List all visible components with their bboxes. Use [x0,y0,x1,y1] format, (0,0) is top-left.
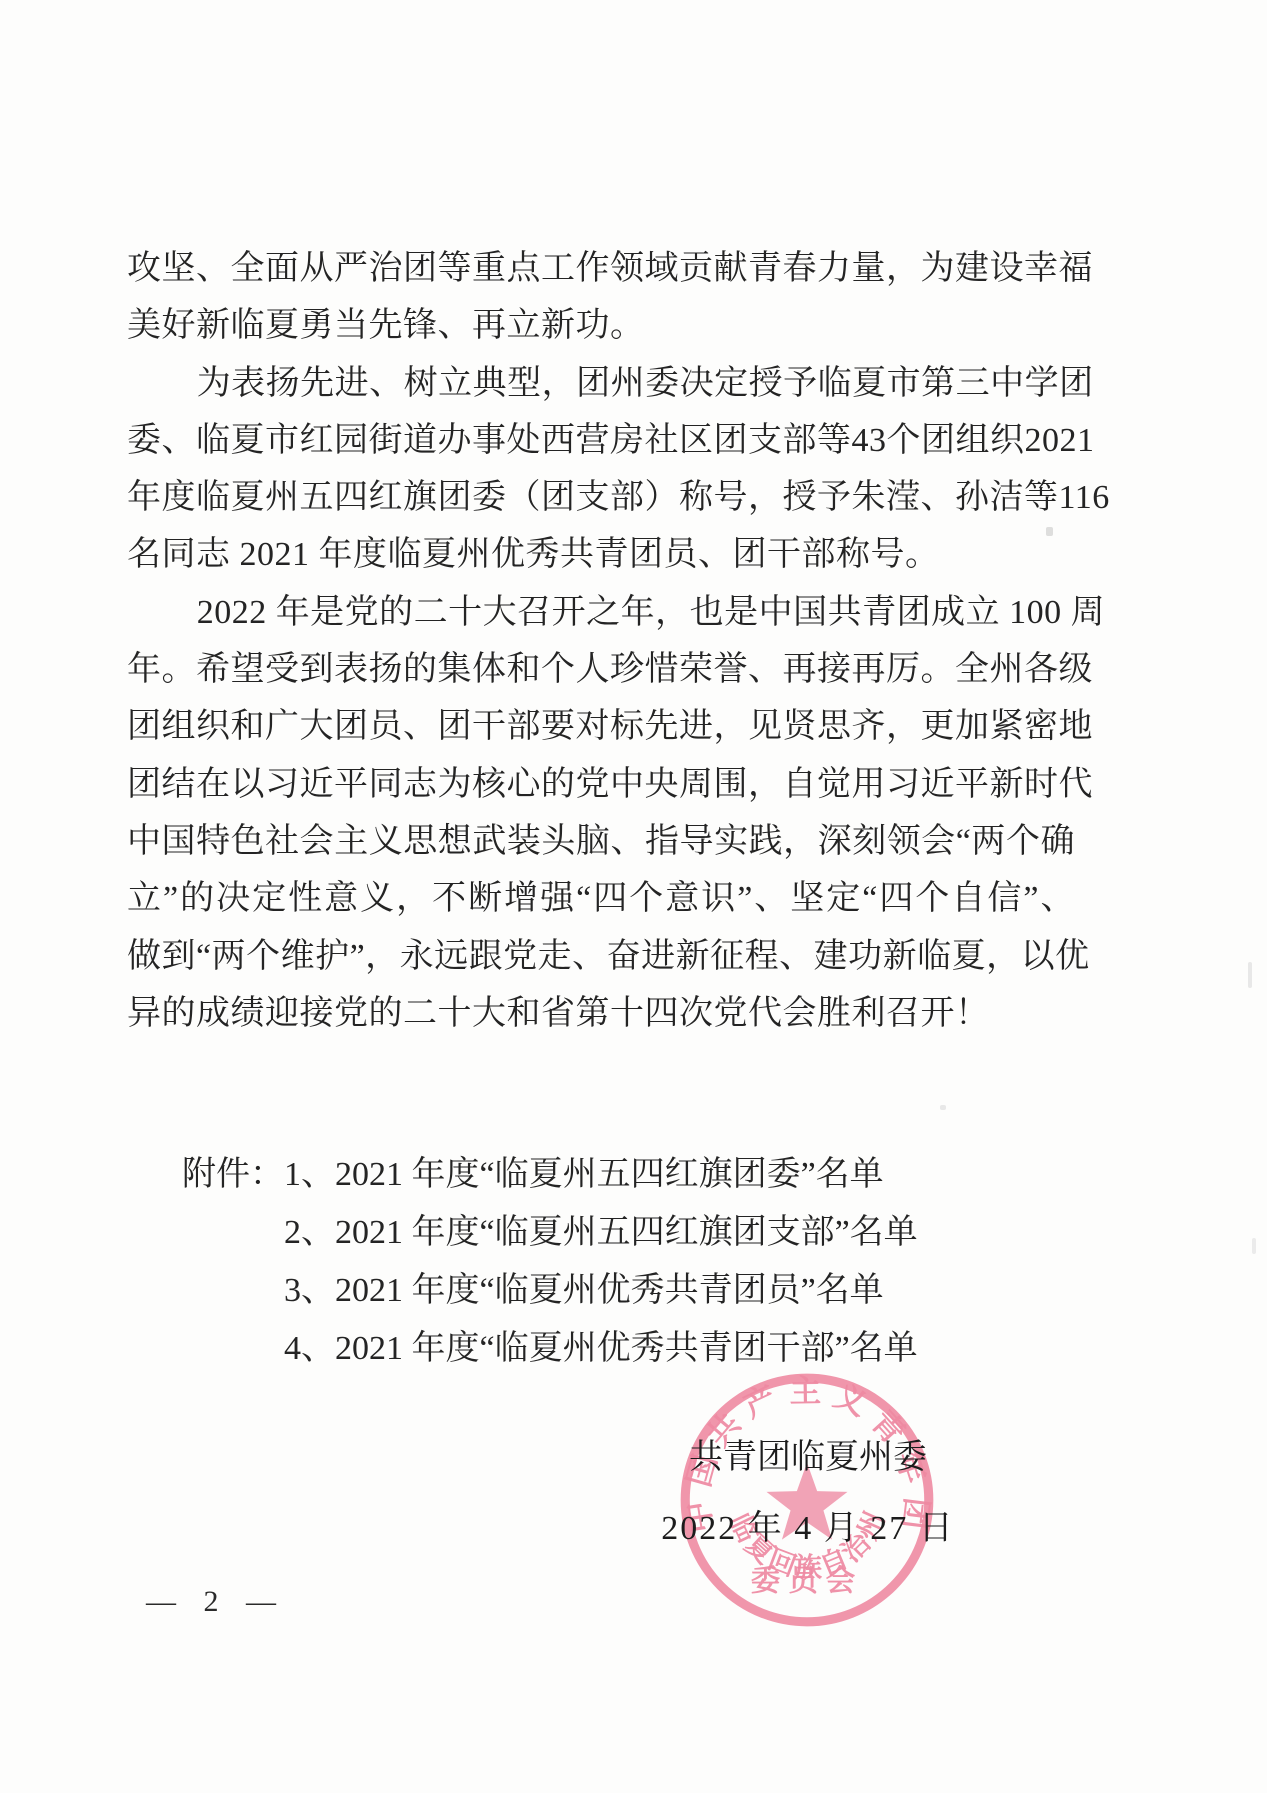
scan-artifact [1046,527,1053,536]
document-page: 攻坚、全面从严治团等重点工作领域贡献青春力量，为建设幸福 美好新临夏勇当先锋、再… [0,0,1267,1793]
signature-block: 共青团临夏州委 2022 年 4 月 27 日 [636,1438,980,1549]
body-line: 团结在以习近平同志为核心的党中央周围，自觉用习近平新时代 [127,756,1075,813]
scan-artifact [940,1105,946,1110]
attachments-label: 附件： [182,1146,284,1204]
body-line: 为表扬先进、树立典型，团州委决定授予临夏市第三中学团 [127,355,1075,412]
body-line: 2022 年是党的二十大召开之年，也是中国共青团成立 100 周 [127,584,1075,641]
body-line: 立”的决定性意义，不断增强“四个意识”、坚定“四个自信”、 [127,870,1075,927]
seal-committee-text: 委员会 [751,1564,864,1597]
scan-artifact [1252,1238,1256,1254]
attachment-item: 2、2021 年度“临夏州五四红旗团支部”名单 [284,1204,918,1262]
body-line: 美好新临夏勇当先锋、再立新功。 [127,297,1075,354]
body-line: 做到“两个维护”，永远跟党走、奋进新征程、建功新临夏，以优 [127,928,1075,985]
signature-date: 2022 年 4 月 27 日 [636,1509,980,1549]
attachment-item: 1、2021 年度“临夏州五四红旗团委”名单 [284,1146,918,1204]
body-line: 中国特色社会主义思想武装头脑、指导实践，深刻领会“两个确 [127,813,1075,870]
body-line: 攻坚、全面从严治团等重点工作领域贡献青春力量，为建设幸福 [127,240,1075,297]
body-line: 异的成绩迎接党的二十大和省第十四次党代会胜利召开！ [127,985,1075,1042]
signature-organization: 共青团临夏州委 [636,1438,980,1478]
page-number: — 2 — [146,1585,286,1619]
body-text: 攻坚、全面从严治团等重点工作领域贡献青春力量，为建设幸福 美好新临夏勇当先锋、再… [127,240,1075,1042]
body-line: 团组织和广大团员、团干部要对标先进，见贤思齐，更加紧密地 [127,698,1075,755]
attachments-block: 附件： 1、2021 年度“临夏州五四红旗团委”名单 2、2021 年度“临夏州… [182,1146,918,1378]
scan-artifact [1248,962,1252,988]
attachment-item: 3、2021 年度“临夏州优秀共青团员”名单 [284,1262,918,1320]
body-line: 名同志 2021 年度临夏州优秀共青团员、团干部称号。 [127,526,1075,583]
body-line: 年。希望受到表扬的集体和个人珍惜荣誉、再接再厉。全州各级 [127,641,1075,698]
body-line: 委、临夏市红园街道办事处西营房社区团支部等43个团组织2021 [127,412,1075,469]
body-line: 年度临夏州五四红旗团委（团支部）称号，授予朱滢、孙洁等116 [127,469,1075,526]
attachments-list: 1、2021 年度“临夏州五四红旗团委”名单 2、2021 年度“临夏州五四红旗… [284,1146,918,1378]
